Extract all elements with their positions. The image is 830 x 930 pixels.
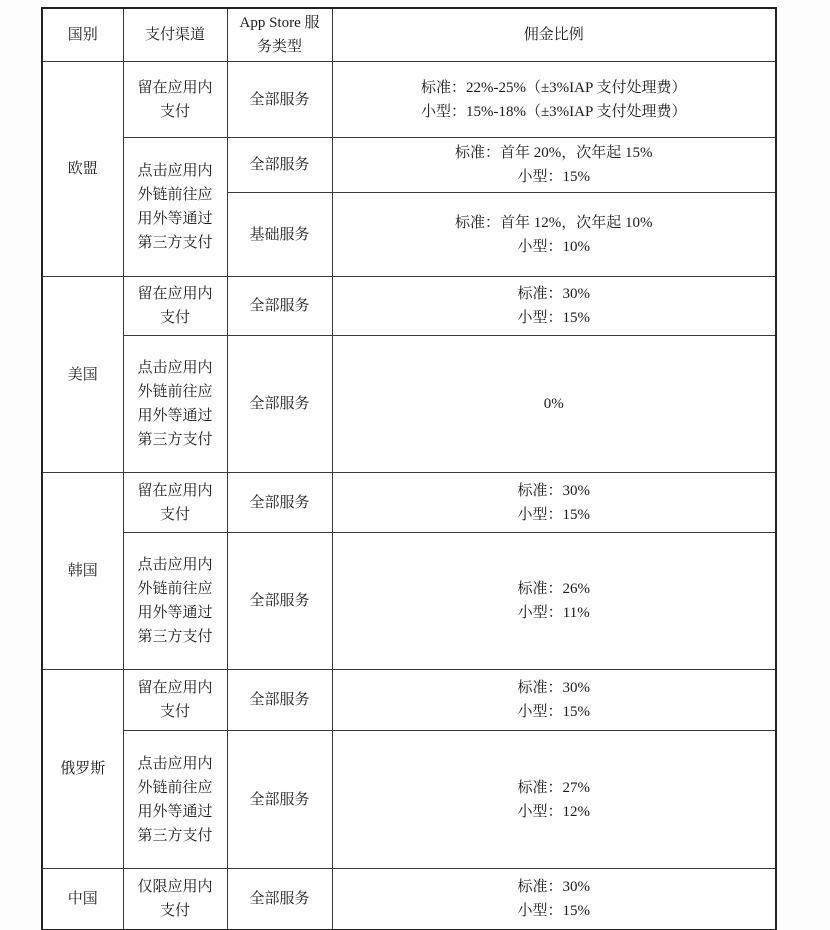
commission-small-line: 小型：15% xyxy=(341,700,768,724)
table-row: 美国 留在应用内支付 全部服务 标准：30% 小型：15% xyxy=(42,277,776,336)
country-cell-cn: 中国 xyxy=(42,869,123,930)
table-row: 俄罗斯 留在应用内支付 全部服务 标准：30% 小型：15% xyxy=(42,670,776,731)
channel-cell: 点击应用内外链前往应用外等通过第三方支付 xyxy=(123,533,227,670)
service-cell: 全部服务 xyxy=(227,731,332,869)
channel-cell: 点击应用内外链前往应用外等通过第三方支付 xyxy=(123,731,227,869)
table-row: 中国 仅限应用内支付 全部服务 标准：30% 小型：15% xyxy=(42,869,776,930)
service-cell: 全部服务 xyxy=(227,670,332,731)
commission-standard-line: 标准：首年 20%，次年起 15% xyxy=(341,141,768,165)
commission-zero-line: 0% xyxy=(341,392,768,416)
country-cell-eu: 欧盟 xyxy=(42,62,123,277)
commission-standard-line: 标准：30% xyxy=(341,282,768,306)
table-row: 点击应用内外链前往应用外等通过第三方支付 全部服务 0% xyxy=(42,336,776,473)
service-cell: 基础服务 xyxy=(227,193,332,277)
commission-standard-line: 标准：首年 12%，次年起 10% xyxy=(341,211,768,235)
service-column-header: App Store 服务类型 xyxy=(227,8,332,62)
commission-cell: 标准：30% 小型：15% xyxy=(332,869,776,930)
channel-cell: 点击应用内外链前往应用外等通过第三方支付 xyxy=(123,336,227,473)
commission-cell: 0% xyxy=(332,336,776,473)
commission-cell: 标准：26% 小型：11% xyxy=(332,533,776,670)
commission-cell: 标准：首年 12%，次年起 10% 小型：10% xyxy=(332,193,776,277)
commission-small-line: 小型：15% xyxy=(341,306,768,330)
commission-cell: 标准：22%-25%（±3%IAP 支付处理费） 小型：15%-18%（±3%I… xyxy=(332,62,776,138)
table-row: 点击应用内外链前往应用外等通过第三方支付 全部服务 标准：26% 小型：11% xyxy=(42,533,776,670)
commission-cell: 标准：30% 小型：15% xyxy=(332,670,776,731)
table-row: 韩国 留在应用内支付 全部服务 标准：30% 小型：15% xyxy=(42,473,776,533)
commission-cell: 标准：27% 小型：12% xyxy=(332,731,776,869)
country-cell-kr: 韩国 xyxy=(42,473,123,670)
channel-cell: 留在应用内支付 xyxy=(123,670,227,731)
commission-standard-line: 标准：27% xyxy=(341,776,768,800)
commission-small-line: 小型：15% xyxy=(341,503,768,527)
table-row: 欧盟 留在应用内支付 全部服务 标准：22%-25%（±3%IAP 支付处理费）… xyxy=(42,62,776,138)
channel-cell: 留在应用内支付 xyxy=(123,277,227,336)
country-cell-us: 美国 xyxy=(42,277,123,473)
commission-small-line: 小型：15%-18%（±3%IAP 支付处理费） xyxy=(341,100,768,124)
channel-cell: 仅限应用内支付 xyxy=(123,869,227,930)
commission-small-line: 小型：15% xyxy=(341,899,768,923)
commission-cell: 标准：30% 小型：15% xyxy=(332,473,776,533)
service-cell: 全部服务 xyxy=(227,336,332,473)
commission-small-line: 小型：12% xyxy=(341,800,768,824)
service-cell: 全部服务 xyxy=(227,869,332,930)
country-column-header: 国别 xyxy=(42,8,123,62)
country-cell-ru: 俄罗斯 xyxy=(42,670,123,869)
service-cell: 全部服务 xyxy=(227,138,332,193)
commission-small-line: 小型：11% xyxy=(341,601,768,625)
channel-cell: 点击应用内外链前往应用外等通过第三方支付 xyxy=(123,138,227,277)
commission-standard-line: 标准：26% xyxy=(341,577,768,601)
channel-cell: 留在应用内支付 xyxy=(123,62,227,138)
commission-small-line: 小型：15% xyxy=(341,165,768,189)
channel-column-header: 支付渠道 xyxy=(123,8,227,62)
commission-cell: 标准：首年 20%，次年起 15% 小型：15% xyxy=(332,138,776,193)
commission-column-header: 佣金比例 xyxy=(332,8,776,62)
service-cell: 全部服务 xyxy=(227,62,332,138)
header-row: 国别 支付渠道 App Store 服务类型 佣金比例 xyxy=(42,8,776,62)
service-cell: 全部服务 xyxy=(227,533,332,670)
table-row: 点击应用内外链前往应用外等通过第三方支付 全部服务 标准：27% 小型：12% xyxy=(42,731,776,869)
service-cell: 全部服务 xyxy=(227,473,332,533)
commission-standard-line: 标准：30% xyxy=(341,875,768,899)
commission-standard-line: 标准：22%-25%（±3%IAP 支付处理费） xyxy=(341,76,768,100)
scanned-document-page: 国别 支付渠道 App Store 服务类型 佣金比例 欧盟 留在应用内支付 全… xyxy=(0,0,830,930)
channel-cell: 留在应用内支付 xyxy=(123,473,227,533)
commission-small-line: 小型：10% xyxy=(341,235,768,259)
commission-standard-line: 标准：30% xyxy=(341,479,768,503)
commission-standard-line: 标准：30% xyxy=(341,676,768,700)
commission-rate-table: 国别 支付渠道 App Store 服务类型 佣金比例 欧盟 留在应用内支付 全… xyxy=(41,7,777,930)
commission-cell: 标准：30% 小型：15% xyxy=(332,277,776,336)
table-row: 点击应用内外链前往应用外等通过第三方支付 全部服务 标准：首年 20%，次年起 … xyxy=(42,138,776,193)
service-cell: 全部服务 xyxy=(227,277,332,336)
